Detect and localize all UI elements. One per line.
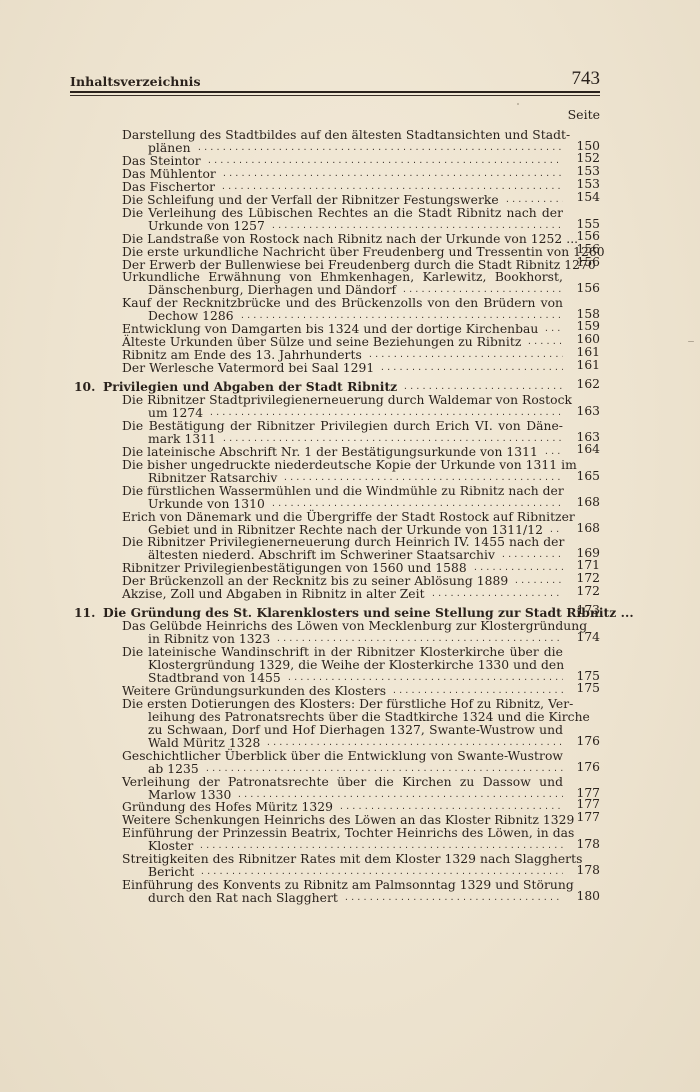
toc-entry-line: Die Ribnitzer Privilegienerneuerung durc…	[122, 535, 563, 549]
toc-page-number: 162	[560, 377, 600, 391]
dot-leader: ........................................…	[237, 788, 563, 802]
toc-page-number: 175	[560, 681, 600, 695]
toc-entry-line: Marlow 1330	[148, 788, 231, 802]
toc-entry-line: Das Steintor	[122, 154, 201, 168]
toc-page-number: 153	[560, 177, 600, 191]
dot-leader: ........................................…	[240, 309, 563, 323]
toc-entry-line: Verleihung der Patronatsrechte über die …	[122, 775, 563, 789]
toc-entry-line: Die Landstraße von Rostock nach Ribnitz …	[122, 232, 578, 246]
toc-page-number: 176	[560, 760, 600, 774]
toc-page-number: 156	[560, 242, 600, 256]
toc-page-number: 178	[560, 863, 600, 877]
toc-entry-line: Kloster	[148, 839, 193, 853]
toc-entry-line: Die ersten Dotierungen des Klosters: Der…	[122, 697, 563, 711]
dot-leader: ........................................…	[222, 167, 563, 181]
toc-entry-line: Bericht	[148, 865, 194, 879]
dot-leader: ........................................…	[271, 219, 563, 233]
toc-entry-line: Ribnitzer Privilegienbestätigungen von 1…	[122, 561, 467, 575]
dot-leader: ........................................…	[380, 361, 563, 375]
header-title: Inhaltsverzeichnis	[70, 74, 201, 89]
dot-leader: ........................................…	[200, 865, 563, 879]
toc-entry-line: Die Gründung des St. Klarenklosters und …	[103, 606, 634, 620]
toc-entry-line: Weitere Schenkungen Heinrichs des Löwen …	[122, 813, 574, 827]
toc-entry-line: ältesten niederd. Abschrift im Schwerine…	[148, 548, 495, 562]
toc-entry-line: Einführung der Prinzessin Beatrix, Tocht…	[122, 826, 563, 840]
toc-entry-line: Die Ribnitzer Stadtprivilegienerneuerung…	[122, 393, 563, 407]
dot-leader: ........................................…	[287, 671, 563, 685]
toc-page-number: 154	[560, 190, 600, 204]
toc-page-number: 164	[560, 442, 600, 456]
dot-leader: ........................................…	[431, 587, 563, 601]
toc-entry-line: Das Fischertor	[122, 180, 215, 194]
toc-page-number: 172	[560, 571, 600, 585]
toc-entry-line: Kauf der Recknitzbrücke und des Brückenz…	[122, 296, 563, 310]
dot-leader: ........................................…	[527, 335, 563, 349]
toc-entry-line: ab 1235	[148, 762, 199, 776]
section-number: 10.	[74, 380, 95, 394]
dot-leader: ........................................…	[283, 471, 563, 485]
toc-entry-line: Urkundliche Erwähnung von Ehmkenhagen, K…	[122, 270, 563, 284]
toc-page-number: 160	[560, 332, 600, 346]
dot-leader: ........................................…	[368, 348, 563, 362]
toc-page-number: 156	[560, 255, 600, 269]
toc-entry-line: Gebiet und in Ribnitzer Rechte nach der …	[148, 523, 543, 537]
toc-entry-line: Die erste urkundliche Nachricht über Fre…	[122, 245, 605, 259]
toc-entry-line: Streitigkeiten des Ribnitzer Rates mit d…	[122, 852, 563, 866]
book-page: Inhaltsverzeichnis 743 Seite Darstellung…	[0, 0, 700, 1092]
dot-leader: ........................................…	[473, 561, 563, 575]
toc-entry-line: Erich von Dänemark und die Übergriffe de…	[122, 510, 563, 524]
paper-speck	[517, 103, 519, 105]
toc-entry-line: plänen	[148, 141, 191, 155]
dot-leader: ........................................…	[339, 800, 563, 814]
toc-page-number: 163	[560, 404, 600, 418]
dot-leader: ........................................…	[271, 497, 563, 511]
dot-leader: ........................................…	[197, 141, 563, 155]
toc-entry-line: Die Bestätigung der Ribnitzer Privilegie…	[122, 419, 563, 433]
dot-leader: ........................................…	[392, 684, 563, 698]
toc-page-number: 161	[560, 345, 600, 359]
toc-page-number: 180	[560, 889, 600, 903]
toc-page-number: 168	[560, 521, 600, 535]
toc-entry-line: Geschichtlicher Überblick über die Entwi…	[122, 749, 563, 763]
toc-entry-line: zu Schwaan, Dorf und Hof Dierhagen 1327,…	[148, 723, 563, 737]
dot-leader: ........................................…	[222, 432, 563, 446]
toc-page-number: 177	[560, 810, 600, 824]
dot-leader: ........................................…	[276, 632, 563, 646]
dot-leader: ........................................…	[514, 574, 563, 588]
toc-entry-line: Urkunde von 1257	[148, 219, 265, 233]
page-column-label: Seite	[568, 107, 600, 122]
dot-leader: ........................................…	[205, 762, 563, 776]
toc-entry-line: Der Brückenzoll an der Recknitz bis zu s…	[122, 574, 508, 588]
toc-entry-line: Die Schleifung und der Verfall der Ribni…	[122, 193, 499, 207]
toc-entry-line: Das Mühlentor	[122, 167, 216, 181]
toc-entry-line: Dechow 1286	[148, 309, 234, 323]
toc-entry-line: durch den Rat nach Slagghert	[148, 891, 338, 905]
dot-leader: ........................................…	[266, 736, 563, 750]
dot-leader: ........................................…	[209, 406, 563, 420]
dot-leader: ........................................…	[505, 193, 563, 207]
toc-page-number: 177	[560, 797, 600, 811]
paper-speck	[688, 341, 694, 342]
dot-leader: ........................................…	[402, 283, 563, 297]
toc-entry-line: Die fürstlichen Wassermühlen und die Win…	[122, 484, 563, 498]
toc-entry-line: Die lateinische Wandinschrift in der Rib…	[122, 645, 563, 659]
section-number: 11.	[74, 606, 95, 620]
dot-leader: ........................................…	[344, 891, 563, 905]
toc-entry-line: Akzise, Zoll und Abgaben in Ribnitz in a…	[122, 587, 425, 601]
toc-entry-line: Darstellung des Stadtbildes auf den älte…	[122, 128, 563, 142]
toc-entry-line: Dänschenburg, Dierhagen und Dändorf	[148, 283, 396, 297]
toc-entry-line: um 1274	[148, 406, 203, 420]
toc-entry-line: Der Erwerb der Bullenwiese bei Freudenbe…	[122, 258, 596, 272]
toc-entry-line: Wald Müritz 1328	[148, 736, 260, 750]
toc-entry-line: Ribnitz am Ende des 13. Jahrhunderts	[122, 348, 362, 362]
toc-page-number: 178	[560, 837, 600, 851]
toc-entry-line: Die lateinische Abschrift Nr. 1 der Best…	[122, 445, 538, 459]
dot-leader: ........................................…	[207, 154, 563, 168]
toc-page-number: 172	[560, 584, 600, 598]
toc-entry-line: Die Verleihung des Lübischen Rechtes an …	[122, 206, 563, 220]
header-page-number: 743	[572, 68, 601, 90]
toc-entry-line: Ribnitzer Ratsarchiv	[148, 471, 277, 485]
dot-leader: ........................................…	[501, 548, 563, 562]
toc-entry-line: Einführung des Konvents zu Ribnitz am Pa…	[122, 878, 563, 892]
toc-entry-line: Das Gelübde Heinrichs des Löwen von Meck…	[122, 619, 563, 633]
toc-entry-line: Stadtbrand von 1455	[148, 671, 281, 685]
toc-page-number: 165	[560, 469, 600, 483]
toc-page-number: 159	[560, 319, 600, 333]
toc-entry-line: Urkunde von 1310	[148, 497, 265, 511]
toc-entry-line: Klostergründung 1329, die Weihe der Klos…	[148, 658, 563, 672]
toc-page-number: 156	[560, 281, 600, 295]
toc-page-number: 152	[560, 151, 600, 165]
toc-page-number: 168	[560, 495, 600, 509]
toc-entry-line: Der Werlesche Vatermord bei Saal 1291	[122, 361, 374, 375]
toc-entry-line: Älteste Urkunden über Sülze und seine Be…	[122, 335, 521, 349]
toc-entry-line: Weitere Gründungsurkunden des Klosters	[122, 684, 386, 698]
running-header: Inhaltsverzeichnis 743	[70, 68, 600, 90]
toc-page-number: 173	[560, 603, 600, 617]
toc-page-number: 161	[560, 358, 600, 372]
dot-leader: ........................................…	[221, 180, 563, 194]
toc-page-number: 171	[560, 558, 600, 572]
header-rule-thin	[70, 95, 600, 96]
toc-page-number: 176	[560, 734, 600, 748]
dot-leader: ........................................…	[199, 839, 563, 853]
toc-page-number: 153	[560, 164, 600, 178]
toc-entry-line: leihung des Patronatsrechts über die Sta…	[148, 710, 563, 724]
toc-page-number: 156	[560, 229, 600, 243]
toc-entry-line: mark 1311	[148, 432, 216, 446]
toc-entry-line: Privilegien und Abgaben der Stadt Ribnit…	[103, 380, 397, 394]
toc-entry-line: in Ribnitz von 1323	[148, 632, 270, 646]
toc-entry-line: Die bisher ungedruckte niederdeutsche Ko…	[122, 458, 563, 472]
toc-page-number: 174	[560, 630, 600, 644]
header-rule-thick	[70, 91, 600, 93]
dot-leader: ........................................…	[403, 380, 563, 394]
toc-entry-line: Gründung des Hofes Müritz 1329	[122, 800, 333, 814]
